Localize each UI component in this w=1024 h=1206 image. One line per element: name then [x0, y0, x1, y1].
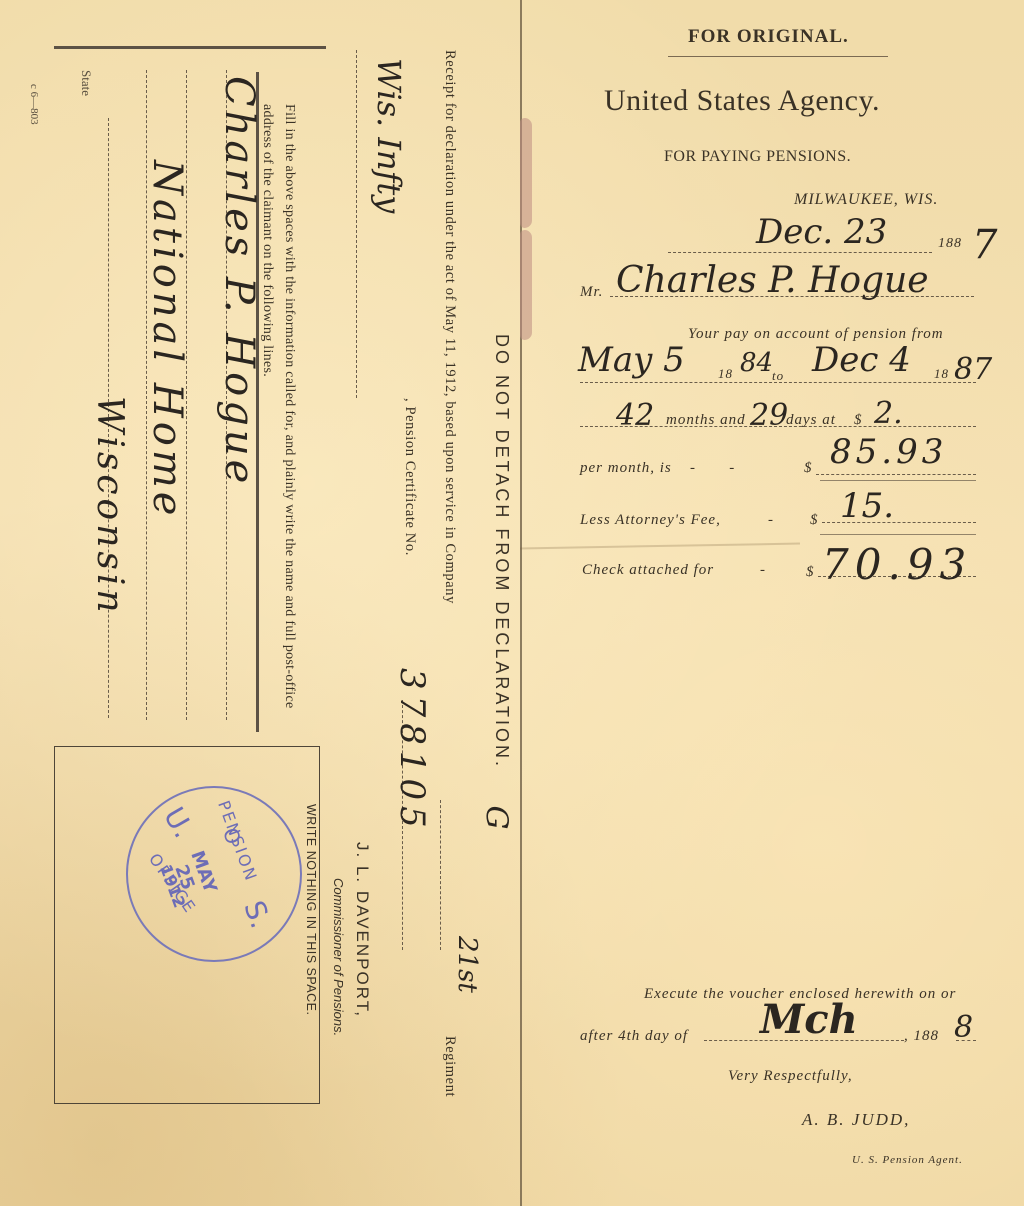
agency-title: United States Agency.: [604, 84, 880, 118]
recipient-prefix: Mr.: [580, 284, 603, 301]
state-label: State: [78, 70, 94, 96]
recipient-name: Charles P. Hogue: [616, 260, 929, 301]
agency-subtitle: FOR PAYING PENSIONS.: [664, 148, 851, 166]
separator-dashes: - -: [690, 460, 735, 477]
commissioner-title: Commissioner of Pensions.: [331, 878, 346, 1036]
commissioner-name: J. L. DAVENPORT,: [352, 842, 372, 1018]
row-attorney-fee-amount: 15.: [840, 486, 894, 526]
row-attorney-fee-currency: $: [810, 512, 819, 529]
execute-year-line: [956, 1040, 976, 1041]
row-per-month-amount: 85.93: [830, 432, 947, 472]
certificate-label: , Pension Certificate No.: [401, 398, 418, 556]
fold-stain: [520, 230, 532, 340]
date-year-suffix: 7: [972, 222, 997, 268]
signer-title: U. S. Pension Agent.: [852, 1154, 963, 1166]
form-code: c 6—803: [28, 84, 40, 125]
date-year-prefix: 188: [938, 236, 962, 252]
row-check-amount: 70.93: [822, 540, 972, 589]
row-attorney-fee-rule: [820, 534, 976, 535]
regiment-label: Regiment: [441, 1036, 458, 1097]
date-handwritten: Dec. 23: [756, 212, 887, 252]
execute-year-prefix: , 188: [904, 1028, 939, 1045]
state-regiment-line: [356, 50, 357, 398]
instructions-text: Fill in the above spaces with the inform…: [256, 104, 300, 732]
regiment-value: 21st: [452, 936, 482, 993]
period-to-year-suffix: 87: [954, 352, 992, 387]
row-per-month-label: per month, is: [580, 460, 672, 477]
separator-dash: -: [760, 562, 766, 579]
row-per-month-line: [816, 474, 976, 475]
receipt-line-1: Receipt for declaration under the act of…: [441, 50, 458, 604]
row-attorney-fee-label: Less Attorney's Fee,: [580, 512, 721, 529]
period-from-year-suffix: 84: [740, 348, 773, 378]
do-not-detach-warning: DO NOT DETACH FROM DECLARATION.: [491, 334, 512, 769]
pension-office-stamp: PENSION U. S. OFFICE O MAY 25 1912: [126, 786, 302, 962]
days-value: 29: [750, 398, 788, 433]
period-to-year-prefix: 18: [934, 366, 949, 382]
header-for-original: FOR ORIGINAL.: [688, 26, 849, 48]
row-check-label: Check attached for: [582, 562, 714, 579]
top-rule: [54, 46, 326, 49]
period-from-year-prefix: 18: [718, 366, 733, 382]
execute-month: Mch: [760, 996, 858, 1043]
address-state: Wisconsin: [89, 396, 130, 617]
pension-notice: FOR ORIGINAL. United States Agency. FOR …: [560, 0, 1024, 1206]
address-name: Charles P. Hogue: [216, 76, 262, 487]
days-label: days at: [786, 412, 836, 429]
signer-name: A. B. JUDD,: [802, 1110, 910, 1130]
company-line: [440, 800, 441, 950]
company-value: G: [478, 806, 513, 830]
certificate-number: 378105: [392, 668, 432, 834]
date-line: [668, 252, 932, 253]
closing: Very Respectfully,: [728, 1068, 853, 1085]
period-to-label: to: [772, 368, 784, 384]
write-nothing-label: WRITE NOTHING IN THIS SPACE.: [304, 804, 318, 1015]
location: MILWAUKEE, WIS.: [794, 191, 938, 209]
stamp-left: U.: [157, 802, 200, 844]
fold-stain: [520, 118, 532, 228]
row-per-month-currency: $: [804, 460, 813, 477]
months-value: 42: [616, 398, 654, 433]
address-street: National Home: [144, 160, 190, 519]
instructions-line-1: Fill in the above spaces with the inform…: [256, 104, 300, 732]
period-from: May 5: [578, 340, 685, 380]
row-per-month-rule: [820, 480, 976, 481]
rate-value: 2.: [874, 396, 903, 431]
header-rule: [668, 56, 888, 57]
months-label: months and: [666, 412, 746, 429]
row-check-currency: $: [806, 564, 815, 581]
execute-line-2-prefix: after 4th day of: [580, 1028, 688, 1045]
period-to: Dec 4: [812, 340, 911, 380]
stamp-right: S.: [237, 896, 277, 932]
rate-currency: $: [854, 412, 863, 429]
separator-dash: -: [768, 512, 774, 529]
state-regiment-value: Wis. Infty: [370, 58, 408, 213]
